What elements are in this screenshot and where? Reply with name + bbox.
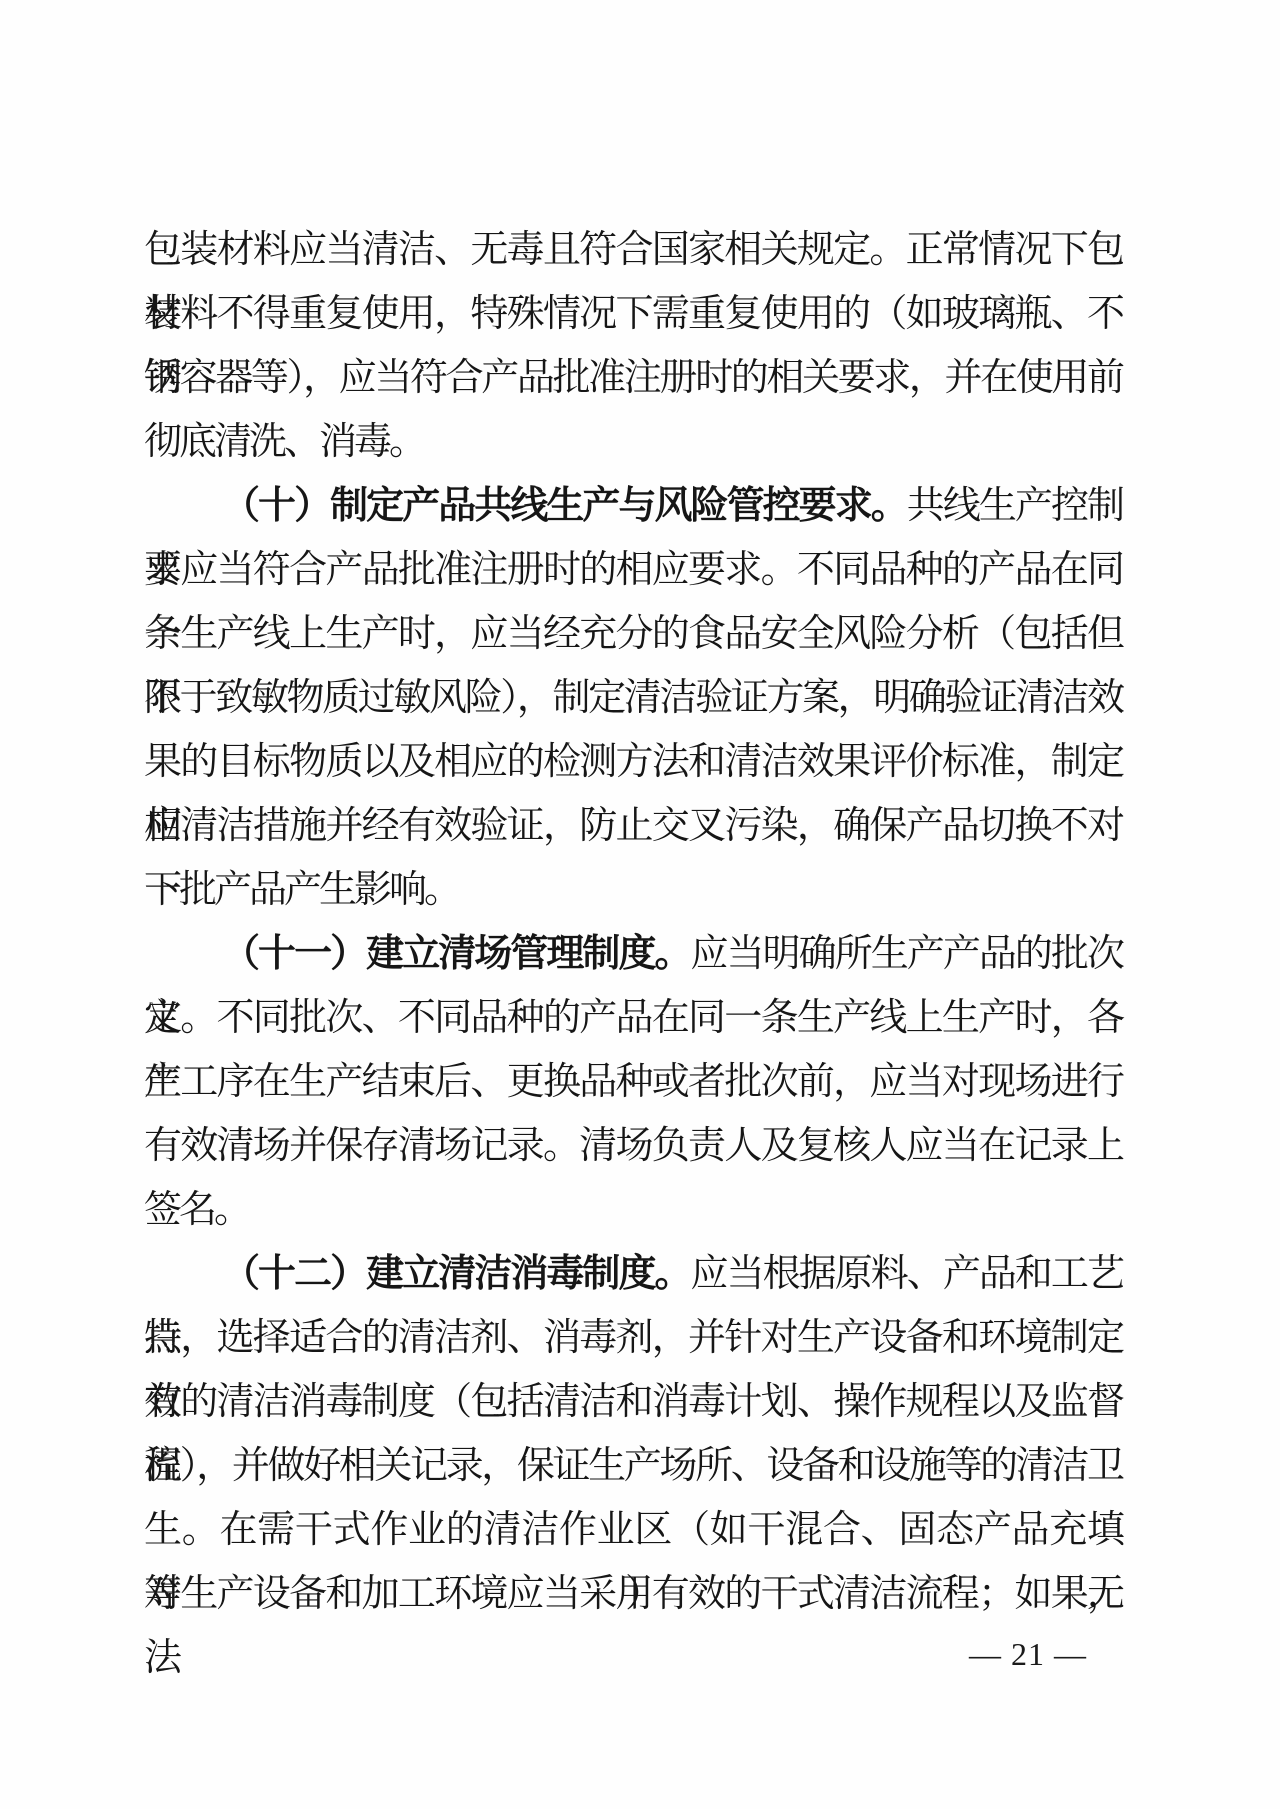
text-line: 签名。: [144, 1178, 1122, 1242]
text-line: 有效清场并保存清场记录。清场负责人及复核人应当在记录上: [144, 1114, 1122, 1178]
text-line: 生。在需干式作业的清洁作业区（如干混合、固态产品充填等），: [144, 1498, 1122, 1562]
text-line: 包装材料应当清洁、无毒且符合国家相关规定。正常情况下包装: [144, 218, 1122, 282]
body-text: 一批产品产生影响。: [144, 869, 459, 911]
text-line: 果的目标物质以及相应的检测方法和清洁效果评价标准，制定相: [144, 730, 1122, 794]
text-line: 点，选择适合的清洁剂、消毒剂，并针对生产设备和环境制定有: [144, 1306, 1122, 1370]
text-line: 钢容器等），应当符合产品批准注册时的相关要求，并在使用前: [144, 346, 1122, 410]
page-number: — 21 —: [144, 1622, 1122, 1686]
text-line: 一批产品产生影响。: [144, 858, 1122, 922]
text-line: 材料不得重复使用，特殊情况下需重复使用的（如玻璃瓶、不锈: [144, 282, 1122, 346]
text-line: （十）制定产品共线生产与风险管控要求。共线生产控制要: [144, 474, 1122, 538]
body-text: 彻底清洗、消毒。: [144, 421, 424, 463]
text-line: 应清洁措施并经有效验证，防止交叉污染，确保产品切换不对下: [144, 794, 1122, 858]
text-line: 求应当符合产品批准注册时的相应要求。不同品种的产品在同一: [144, 538, 1122, 602]
body-text: 签名。: [144, 1189, 249, 1231]
text-line: 对生产设备和加工环境应当采用有效的干式清洁流程；如果无法: [144, 1562, 1122, 1626]
text-line: 产工序在生产结束后、更换品种或者批次前，应当对现场进行: [144, 1050, 1122, 1114]
document-page: 包装材料应当清洁、无毒且符合国家相关规定。正常情况下包装材料不得重复使用，特殊情…: [0, 0, 1280, 1809]
body-text: 有效清场并保存清场记录。清场负责人及复核人应当在记录上: [144, 1125, 1122, 1167]
body-text: 钢容器等），应当符合产品批准注册时的相关要求，并在使用前: [144, 357, 1122, 399]
text-line: 效的清洁消毒制度（包括清洁和消毒计划、操作规程以及监督流: [144, 1370, 1122, 1434]
section-heading-text: （十二）建立清洁消毒制度。: [222, 1253, 691, 1295]
text-line: 限于致敏物质过敏风险），制定清洁验证方案，明确验证清洁效: [144, 666, 1122, 730]
text-line: 义。不同批次、不同品种的产品在同一条生产线上生产时，各生: [144, 986, 1122, 1050]
body-text: 程），并做好相关记录，保证生产场所、设备和设施等的清洁卫: [144, 1445, 1122, 1487]
text-line: 程），并做好相关记录，保证生产场所、设备和设施等的清洁卫: [144, 1434, 1122, 1498]
section-heading-text: （十）制定产品共线生产与风险管控要求。: [222, 485, 907, 527]
body-text: 限于致敏物质过敏风险），制定清洁验证方案，明确验证清洁效: [144, 677, 1122, 719]
text-line: （十一）建立清场管理制度。应当明确所生产产品的批次定: [144, 922, 1122, 986]
text-line: 条生产线上生产时，应当经充分的食品安全风险分析（包括但不: [144, 602, 1122, 666]
body-text: 产工序在生产结束后、更换品种或者批次前，应当对现场进行: [144, 1061, 1122, 1103]
document-body: 包装材料应当清洁、无毒且符合国家相关规定。正常情况下包装材料不得重复使用，特殊情…: [144, 218, 1122, 1626]
section-heading-text: （十一）建立清场管理制度。: [222, 933, 691, 975]
text-line: 彻底清洗、消毒。: [144, 410, 1122, 474]
text-line: （十二）建立清洁消毒制度。应当根据原料、产品和工艺特: [144, 1242, 1122, 1306]
